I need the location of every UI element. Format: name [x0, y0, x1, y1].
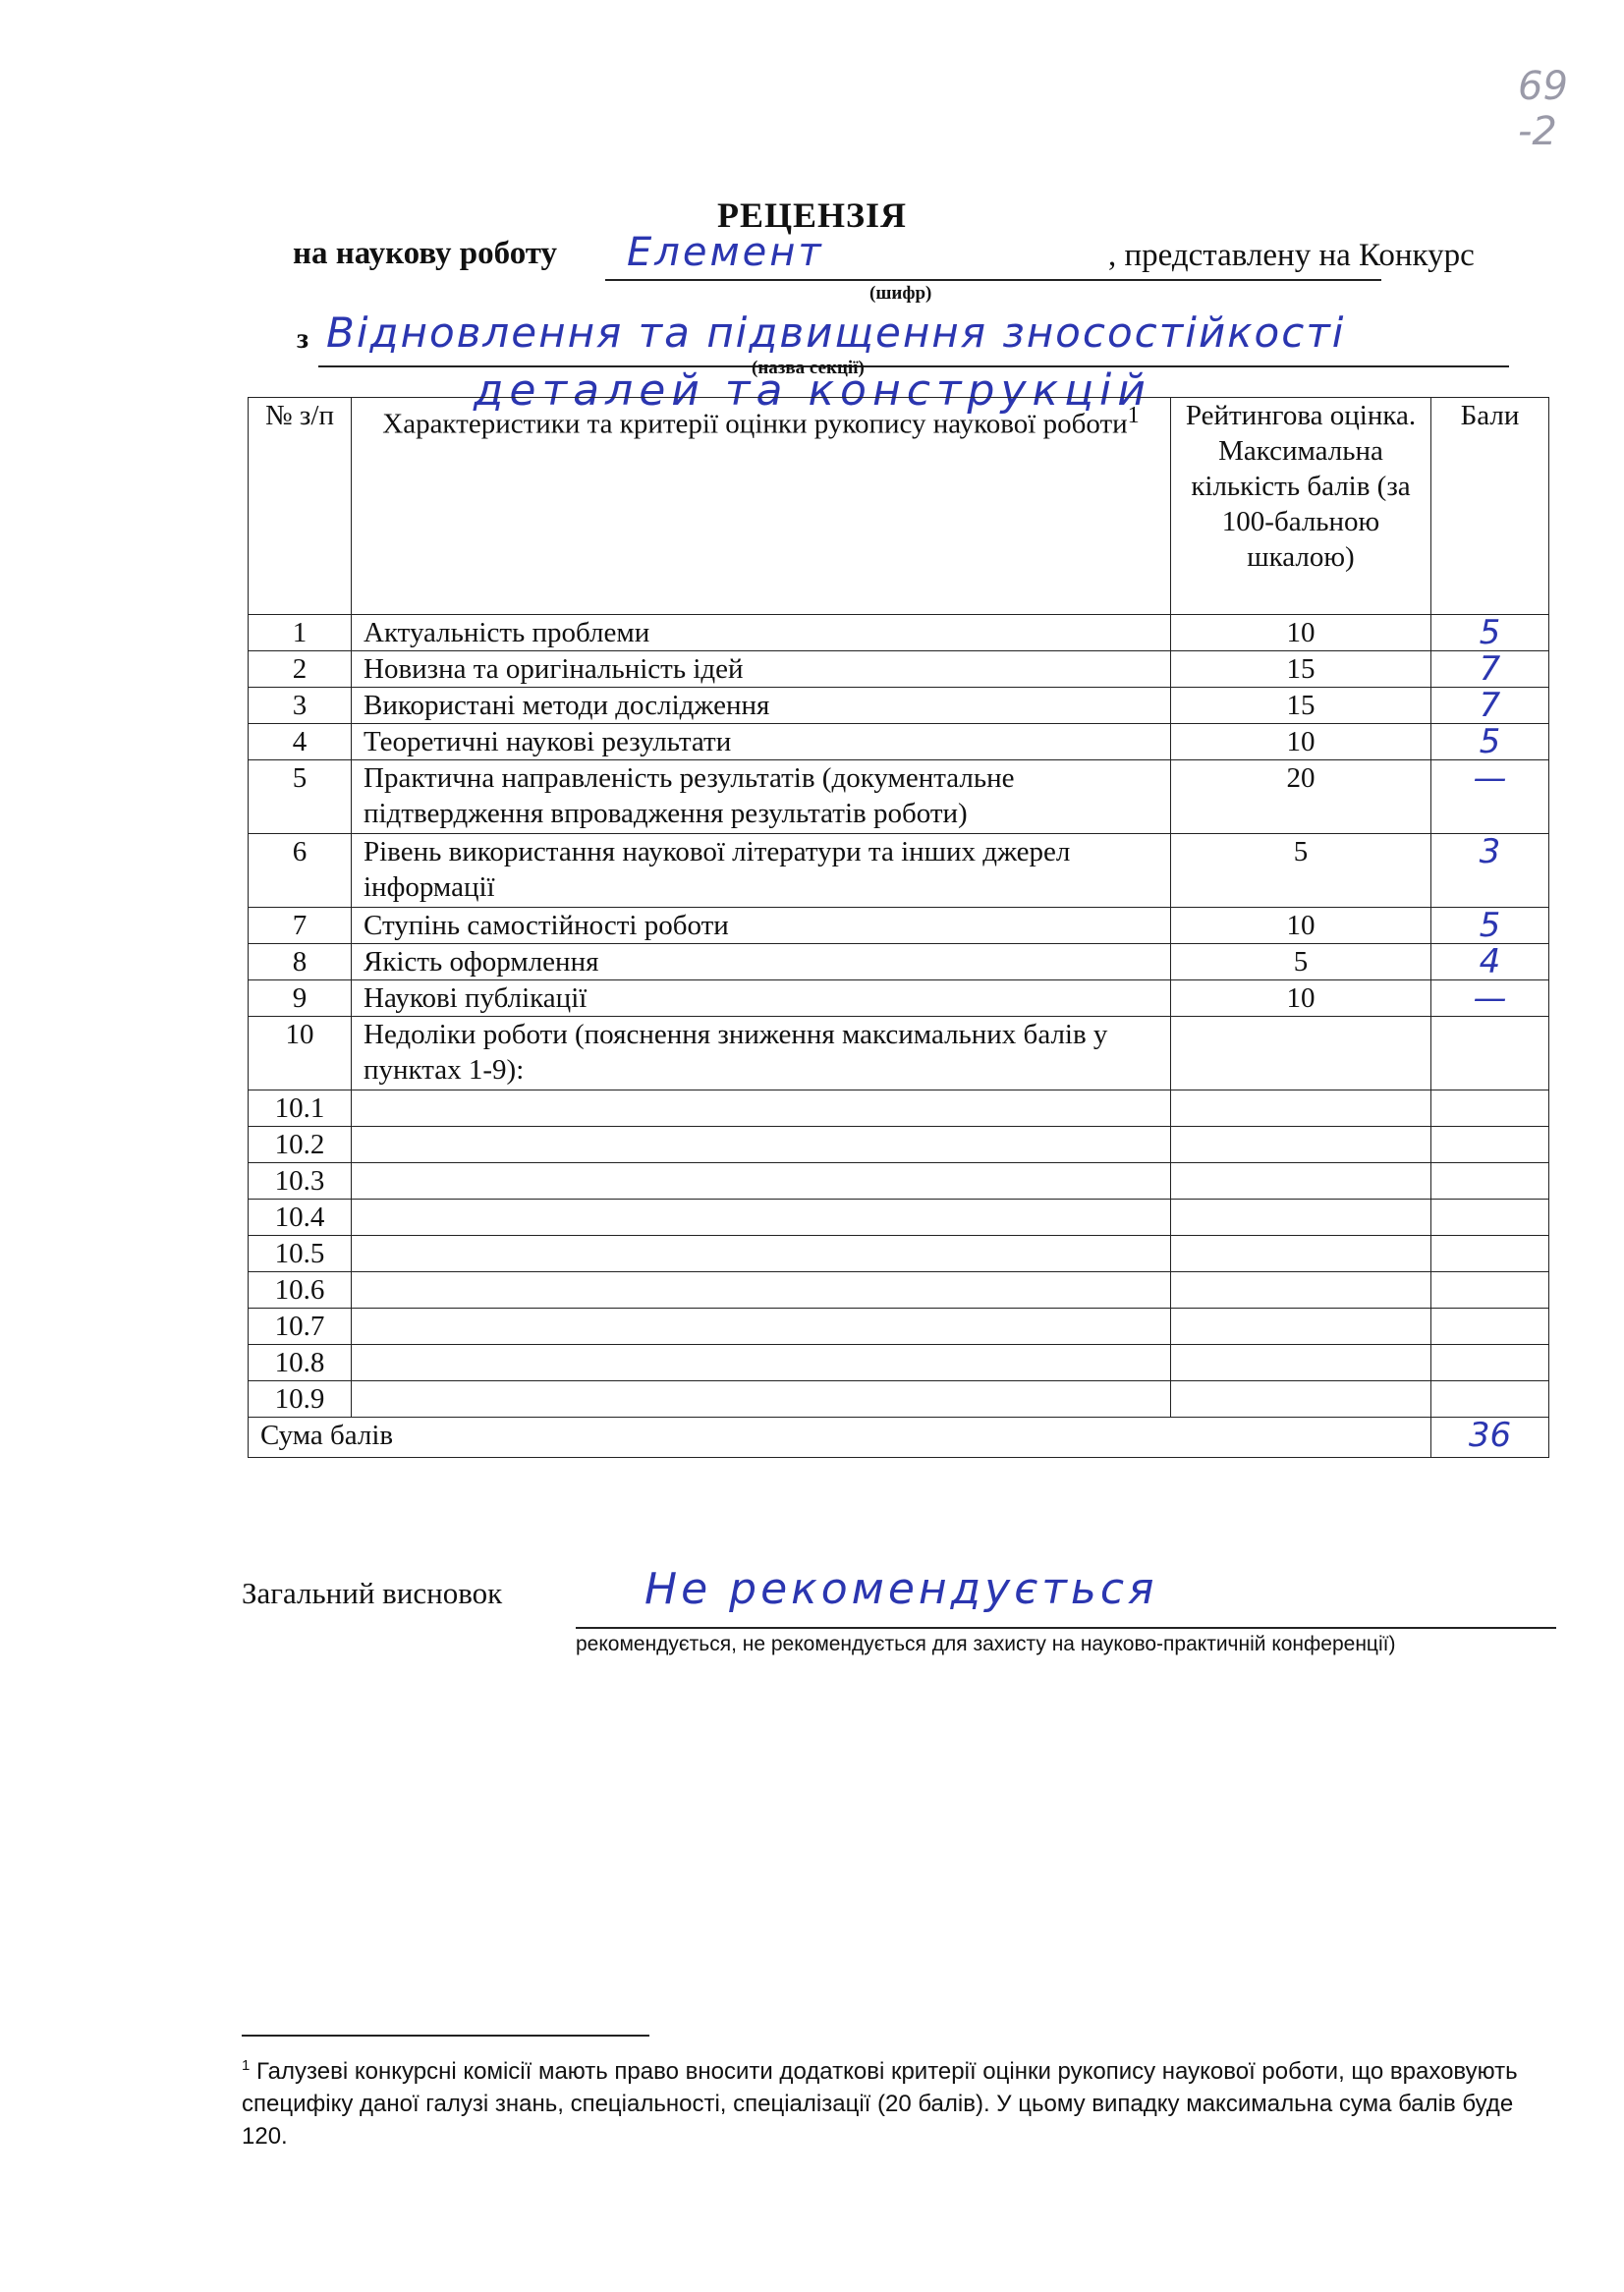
row-score[interactable]: 7 — [1431, 651, 1549, 688]
subrow-criterion[interactable] — [352, 1345, 1171, 1381]
subrow-score[interactable] — [1431, 1345, 1549, 1381]
footnote-number: 1 — [242, 2057, 250, 2074]
conclusion-label: Загальний висновок — [242, 1576, 502, 1611]
table-subrow: 10.5 — [249, 1236, 1549, 1272]
table-subrow: 10.1 — [249, 1090, 1549, 1127]
subrow-score[interactable] — [1431, 1200, 1549, 1236]
subrow-number: 10.8 — [249, 1345, 352, 1381]
row-criterion: Якість оформлення — [352, 944, 1171, 980]
subrow-criterion[interactable] — [352, 1127, 1171, 1163]
row-score[interactable]: 4 — [1431, 944, 1549, 980]
subrow-score[interactable] — [1431, 1272, 1549, 1309]
header-score: Бали — [1431, 398, 1549, 615]
row-criterion: Ступінь самостійності роботи — [352, 908, 1171, 944]
cipher-value: Елемент — [627, 230, 824, 275]
row-score[interactable]: 5 — [1431, 724, 1549, 760]
subrow-max-score[interactable] — [1171, 1200, 1431, 1236]
row-number: 2 — [249, 651, 352, 688]
row-score[interactable]: 3 — [1431, 834, 1549, 908]
subrow-max-score[interactable] — [1171, 1381, 1431, 1418]
row-max-score: 10 — [1171, 908, 1431, 944]
row-max-score: 10 — [1171, 724, 1431, 760]
footnote: 1 Галузеві конкурсні комісії мають право… — [242, 2049, 1558, 2152]
subrow-max-score[interactable] — [1171, 1345, 1431, 1381]
subrow-score[interactable] — [1431, 1090, 1549, 1127]
row-score[interactable]: 5 — [1431, 615, 1549, 651]
subrow-criterion[interactable] — [352, 1381, 1171, 1418]
row-number: 8 — [249, 944, 352, 980]
table-body: 1Актуальність проблеми1052Новизна та ори… — [249, 615, 1549, 1458]
subrow-score[interactable] — [1431, 1236, 1549, 1272]
sum-label: Сума балів — [249, 1418, 1431, 1458]
row-number: 6 — [249, 834, 352, 908]
header-criteria: Характеристики та критерії оцінки рукопи… — [352, 398, 1171, 615]
footnote-divider — [242, 2035, 649, 2037]
row-number: 1 — [249, 615, 352, 651]
review-table: № з/п Характеристики та критерії оцінки … — [248, 397, 1549, 1458]
row-number: 7 — [249, 908, 352, 944]
sum-row: Сума балів36 — [249, 1418, 1549, 1458]
subrow-score[interactable] — [1431, 1163, 1549, 1200]
row-max-score — [1171, 1017, 1431, 1090]
subrow-number: 10.2 — [249, 1127, 352, 1163]
subrow-number: 10.5 — [249, 1236, 352, 1272]
row-criterion: Новизна та оригінальність ідей — [352, 651, 1171, 688]
section-prefix: з — [297, 322, 308, 356]
conclusion-value: Не рекомендується — [644, 1564, 1158, 1614]
row-number: 5 — [249, 760, 352, 834]
header-criteria-text: Характеристики та критерії оцінки рукопи… — [382, 409, 1127, 440]
row-max-score: 15 — [1171, 688, 1431, 724]
row-max-score: 15 — [1171, 651, 1431, 688]
table-row: 9Наукові публікації10— — [249, 980, 1549, 1017]
subrow-criterion[interactable] — [352, 1272, 1171, 1309]
subrow-number: 10.9 — [249, 1381, 352, 1418]
row-max-score: 5 — [1171, 834, 1431, 908]
row-score[interactable]: — — [1431, 980, 1549, 1017]
table-row: 7Ступінь самостійності роботи105 — [249, 908, 1549, 944]
row-number: 4 — [249, 724, 352, 760]
subrow-score[interactable] — [1431, 1127, 1549, 1163]
work-label: на наукову роботу — [293, 236, 557, 272]
subrow-number: 10.7 — [249, 1309, 352, 1345]
subrow-criterion[interactable] — [352, 1163, 1171, 1200]
subrow-criterion[interactable] — [352, 1309, 1171, 1345]
row-number: 9 — [249, 980, 352, 1017]
subrow-number: 10.3 — [249, 1163, 352, 1200]
archive-page-mark: 69 -2 — [1518, 64, 1587, 154]
table-row: 3Використані методи дослідження157 — [249, 688, 1549, 724]
table-subrow: 10.9 — [249, 1381, 1549, 1418]
footnote-mark: 1 — [1128, 402, 1140, 428]
table-row: 5Практична направленість результатів (до… — [249, 760, 1549, 834]
subrow-max-score[interactable] — [1171, 1090, 1431, 1127]
subrow-number: 10.1 — [249, 1090, 352, 1127]
subrow-number: 10.6 — [249, 1272, 352, 1309]
table-subrow: 10.7 — [249, 1309, 1549, 1345]
row-criterion: Наукові публікації — [352, 980, 1171, 1017]
row-criterion: Рівень використання наукової літератури … — [352, 834, 1171, 908]
table-row: 2Новизна та оригінальність ідей157 — [249, 651, 1549, 688]
row-criterion: Актуальність проблеми — [352, 615, 1171, 651]
row-max-score: 10 — [1171, 615, 1431, 651]
page-mark-number: 69 — [1518, 64, 1587, 109]
table-header-row: № з/п Характеристики та критерії оцінки … — [249, 398, 1549, 615]
row-max-score: 5 — [1171, 944, 1431, 980]
header-number: № з/п — [249, 398, 352, 615]
subrow-criterion[interactable] — [352, 1200, 1171, 1236]
subrow-number: 10.4 — [249, 1200, 352, 1236]
table-subrow: 10.4 — [249, 1200, 1549, 1236]
conclusion: Загальний висновок Не рекомендується рек… — [242, 1572, 1558, 1660]
table-subrow: 10.2 — [249, 1127, 1549, 1163]
table-row: 10Недоліки роботи (пояснення зниження ма… — [249, 1017, 1549, 1090]
row-number: 10 — [249, 1017, 352, 1090]
subrow-criterion[interactable] — [352, 1236, 1171, 1272]
conclusion-hint: рекомендується, не рекомендується для за… — [576, 1633, 1395, 1656]
table-row: 1Актуальність проблеми105 — [249, 615, 1549, 651]
table-row: 6Рівень використання наукової літератури… — [249, 834, 1549, 908]
subrow-max-score[interactable] — [1171, 1236, 1431, 1272]
table-row: 4Теоретичні наукові результати105 — [249, 724, 1549, 760]
subrow-max-score[interactable] — [1171, 1309, 1431, 1345]
row-score[interactable]: — — [1431, 760, 1549, 834]
subrow-criterion[interactable] — [352, 1090, 1171, 1127]
section-value-line1: Відновлення та підвищення зносостійкості — [326, 308, 1345, 357]
subrow-max-score[interactable] — [1171, 1127, 1431, 1163]
contest-label: , представлену на Конкурс — [1108, 238, 1475, 274]
row-score[interactable]: 7 — [1431, 688, 1549, 724]
section-caption: (назва секції) — [752, 358, 865, 379]
row-number: 3 — [249, 688, 352, 724]
row-score[interactable] — [1431, 1017, 1549, 1090]
subrow-max-score[interactable] — [1171, 1163, 1431, 1200]
table-row: 8Якість оформлення54 — [249, 944, 1549, 980]
row-criterion: Теоретичні наукові результати — [352, 724, 1171, 760]
table-subrow: 10.3 — [249, 1163, 1549, 1200]
sum-value[interactable]: 36 — [1431, 1418, 1549, 1458]
row-criterion: Практична направленість результатів (док… — [352, 760, 1171, 834]
subrow-score[interactable] — [1431, 1309, 1549, 1345]
header-max-score: Рейтингова оцінка. Максимальна кількість… — [1171, 398, 1431, 615]
row-max-score: 20 — [1171, 760, 1431, 834]
row-criterion: Недоліки роботи (пояснення зниження макс… — [352, 1017, 1171, 1090]
table-subrow: 10.6 — [249, 1272, 1549, 1309]
table-subrow: 10.8 — [249, 1345, 1549, 1381]
row-max-score: 10 — [1171, 980, 1431, 1017]
row-criterion: Використані методи дослідження — [352, 688, 1171, 724]
page-mark-sub: -2 — [1518, 109, 1587, 154]
footnote-text: Галузеві конкурсні комісії мають право в… — [242, 2058, 1518, 2150]
subrow-score[interactable] — [1431, 1381, 1549, 1418]
subrow-max-score[interactable] — [1171, 1272, 1431, 1309]
row-score[interactable]: 5 — [1431, 908, 1549, 944]
